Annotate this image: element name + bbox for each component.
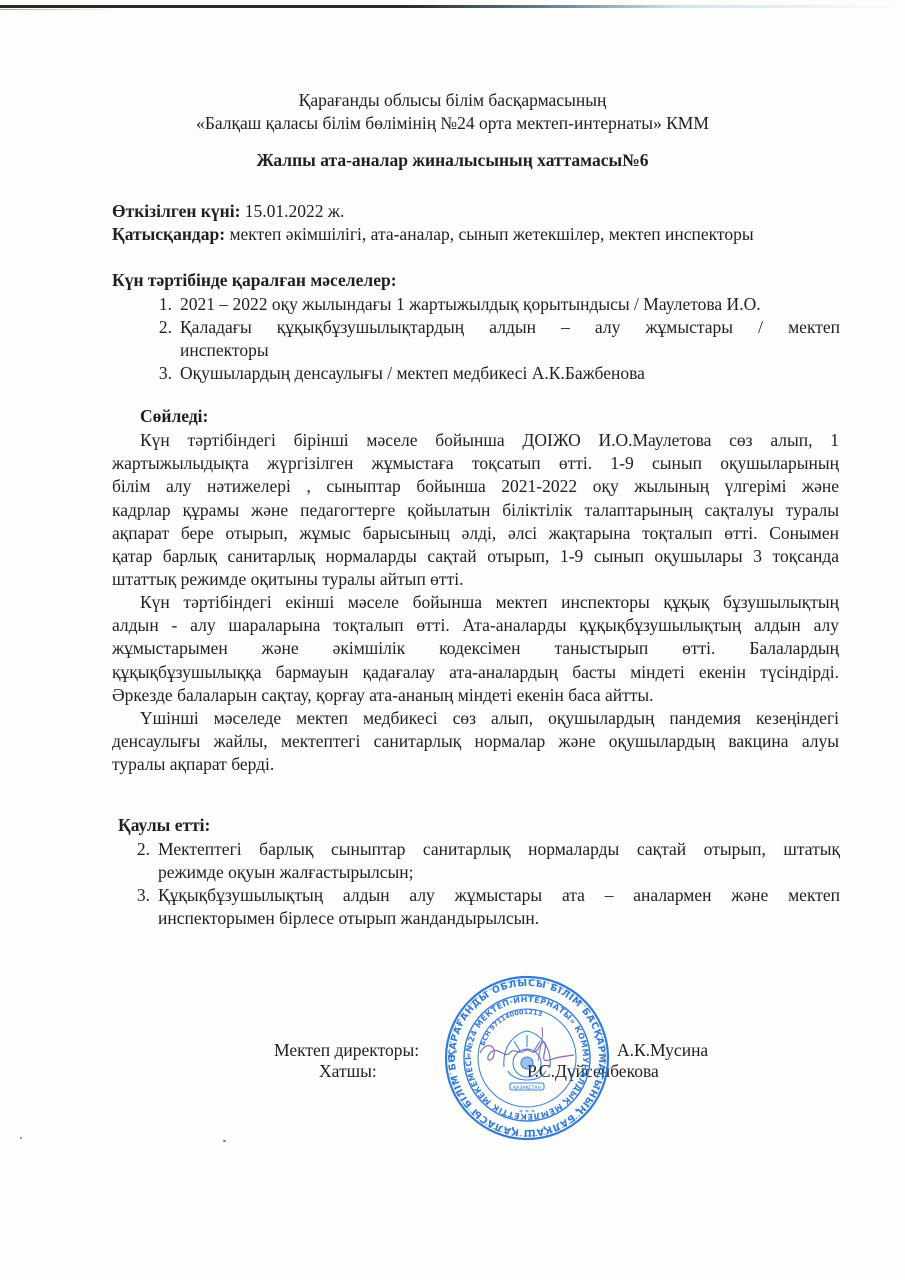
agenda-item-number: 2. [150,316,172,339]
paragraph-line: кадрлар құрамы және педагогтерге қойылат… [112,499,839,522]
speeches-heading: Сөйледі: [140,406,208,427]
scan-speck [20,1137,22,1139]
paragraph-line: құқықбұзушылыққа бармауын қадағалау ата-… [112,661,839,684]
director-label: Мектеп директоры: [274,1040,419,1061]
secretary-label: Хатшы: [319,1061,377,1082]
paragraph-line: білім алу нәтижелері , сыныптар бойынша … [112,475,839,498]
agenda-item-text: инспекторы [180,339,840,362]
date-value: 15.01.2022 ж. [240,201,344,221]
resolution-item-number: 2. [128,838,150,861]
paragraph-line: жартыжылыдықта жүргізілген жұмыстаға тоқ… [112,452,839,475]
agenda-item-text: 2021 – 2022 оқу жылындағы 1 жартыжылдық … [180,293,840,316]
meeting-date: Өткізілген күні: 15.01.2022 ж. [112,201,344,222]
resolution-item-text: режимде оқуын жалғастырылсын; [158,861,840,884]
paragraph-line: туралы ақпарат берді. [112,753,839,776]
paragraph-line: Күн тәртібіндегі екінші мәселе бойынша м… [112,591,839,614]
paragraph-line: Күн тәртібіндегі бірінші мәселе бойынша … [112,429,839,452]
paragraph-line: жұмыстарымен және әкімшілік кодексімен т… [112,637,839,660]
paragraph-line: денсаулығы жайлы, мектептегі санитарлық … [112,730,839,753]
date-label: Өткізілген күні: [112,201,240,221]
paragraph-line: ақпарат бере отырып, жұмыс барысыныц әлд… [112,522,839,545]
paragraph-line: штаттық режимде оқитыны туралы айтып өтт… [112,568,839,591]
resolution-heading: Қаулы етті: [118,815,210,836]
paragraph-line: қатар барлық санитарлық нормаларды сақта… [112,545,839,568]
speech-paragraph-3: Үшінші мәселеде мектеп медбикесі сөз алы… [112,707,839,777]
organization-line-2: «Балқаш қаласы білім бөлімінің №24 орта … [0,113,905,134]
participants-value: мектеп әкімшілігі, ата-аналар, сынып жет… [225,224,754,244]
scan-speck [223,1140,226,1142]
paragraph-line: алдын - алу шараларына тоқталып өтті. Ат… [112,614,839,637]
organization-line-1: Қарағанды облысы білім басқармасының [0,90,905,111]
official-stamp-icon: ҚАРАҒАНДЫ ОБЛЫСЫ БІЛІМ БАСҚАРМАСЫНЫҢ БАЛ… [444,975,610,1141]
director-name: А.К.Мусина [617,1040,708,1061]
document-title: Жалпы ата-аналар жиналысының хаттамасы№6 [0,150,905,171]
resolution-item-text: Мектептегі барлық сыныптар санитарлық но… [158,838,840,861]
agenda-item-text: Оқушылардың денсаулығы / мектеп медбикес… [180,362,840,385]
participants: Қатысқандар: мектеп әкімшілігі, ата-анал… [112,224,754,245]
svg-text:* * *: * * * [519,1108,535,1117]
agenda-item-number: 3. [150,362,172,385]
document-page: Қарағанды облысы білім басқармасының «Ба… [0,0,905,1280]
resolution-item-text: инспекторымен бірлесе отырып жандандырыл… [158,907,840,930]
speech-paragraph-1: Күн тәртібіндегі бірінші мәселе бойынша … [112,429,839,591]
resolution-item-number: 3. [128,884,150,907]
agenda-heading: Күн тәртібінде қаралған мәселелер: [112,270,397,291]
svg-text:ҚАЗАҚСТАН: ҚАЗАҚСТАН [513,1085,541,1091]
resolution-item-text: Құқықбұзушылықтың алдын алу жұмыстары ат… [158,884,840,907]
paragraph-line: Үшінші мәселеде мектеп медбикесі сөз алы… [112,707,839,730]
participants-label: Қатысқандар: [112,224,225,244]
agenda-item-text: Қаладағы құқықбұзушылықтардың алдын – ал… [180,316,840,339]
agenda-item-number: 1. [150,293,172,316]
paragraph-line: Әркезде балаларын сақтау, қорғау ата-ана… [112,684,839,707]
speech-paragraph-2: Күн тәртібіндегі екінші мәселе бойынша м… [112,591,839,707]
